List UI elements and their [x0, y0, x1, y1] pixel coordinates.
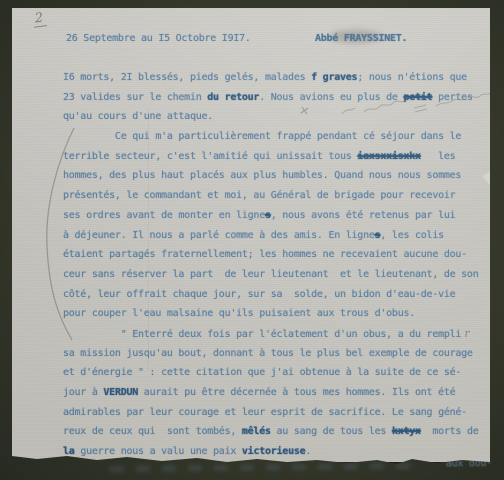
typed-line: ceur sans réserver la part de leur lieut… [63, 265, 493, 285]
typed-line: et d'énergie " : cette citation que j'ai… [63, 363, 493, 383]
typed-line: la guerre nous a valu une paix victorieu… [63, 442, 493, 462]
typed-line: jour à VERDUN aurait pu être décernée à … [63, 383, 493, 403]
header-date-range: 26 Septembre au I5 Octobre I9I7. [66, 33, 251, 44]
typed-line: sa mission jusqu'au bout, donnant à tous… [63, 344, 493, 364]
typed-line: ses ordres avant de monter en lignes, no… [63, 206, 493, 226]
typed-line: admirables par leur courage et leur espr… [63, 403, 493, 423]
typed-line: pour couper l'eau malsaine qu'ils puisai… [63, 304, 493, 324]
typed-line: hommes, des plus haut placés aux plus hu… [63, 166, 493, 186]
photo-backdrop: aux dou- 2 26 Septembre au I5 Octobre I9… [0, 0, 504, 480]
document-page: 2 26 Septembre au I5 Octobre I9I7. Abbé … [12, 8, 490, 462]
underlying-page-text-blur [110, 463, 410, 472]
typed-line: côté, leur offrait chaque jour, sur sa s… [63, 285, 493, 305]
typed-body: I6 morts, 2I blessés, pieds gelés, malad… [63, 68, 493, 462]
typed-line: qu'au cours d'une attaque. [63, 107, 493, 127]
typed-line: " Enterré deux fois par l'éclatement d'u… [63, 324, 493, 344]
handwritten-page-number: 2 [32, 10, 47, 27]
header-author-name: Abbé FRAYSSINET. [315, 33, 407, 44]
typed-line: reux de ceux qui sont tombés, mêlés au s… [63, 422, 493, 442]
typed-line: terrible secteur, c'est l'amitié qui uni… [63, 147, 493, 167]
typed-line: I6 morts, 2I blessés, pieds gelés, malad… [63, 68, 493, 88]
typed-line: Ce qui m'a particulièrement frappé penda… [63, 127, 493, 147]
typed-line: 23 valides sur le chemin du retour. Nous… [63, 88, 493, 108]
typed-line: étaient partagés fraternellement; les ho… [63, 245, 493, 265]
typed-line: à déjeuner. Il nous a parlé comme à des … [63, 226, 493, 246]
typed-line: présentés, le commandant et moi, au Géné… [63, 186, 493, 206]
